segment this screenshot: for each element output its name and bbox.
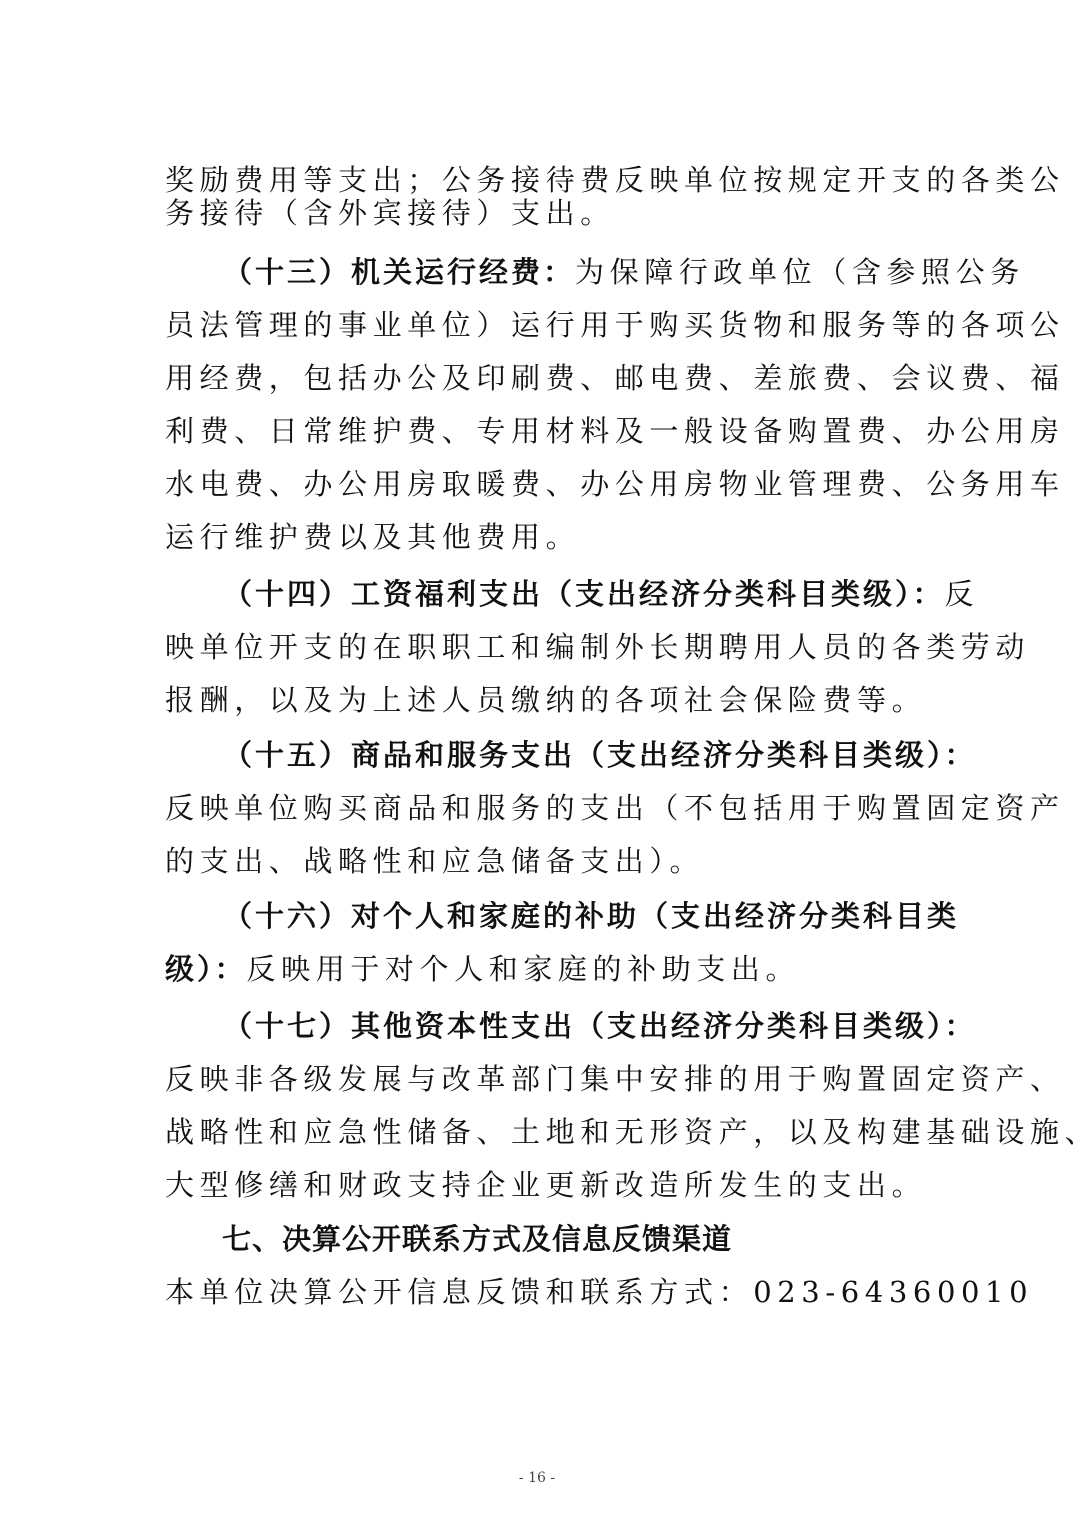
paragraph-line: 用经费，包括办公及印刷费、邮电费、差旅费、会议费、福 [165,358,925,398]
paragraph-line: 务接待（含外宾接待）支出。 [165,193,925,233]
paragraph-line: 映单位开支的在职职工和编制外长期聘用人员的各类劳动 [165,627,925,667]
item-16-title-line: （十六）对个人和家庭的补助（支出经济分类科目类 [223,896,983,936]
page-number: - 16 - [0,1470,1074,1486]
paragraph-line: 利费、日常维护费、专用材料及一般设备购置费、办公用房 [165,411,925,451]
item-17-title-line: （十七）其他资本性支出（支出经济分类科目类级）： [223,1006,983,1046]
item-15-title-line: （十五）商品和服务支出（支出经济分类科目类级）： [223,735,983,775]
paragraph-line: 级）：反映用于对个人和家庭的补助支出。 [165,949,925,989]
paragraph-line: 水电费、办公用房取暖费、办公用房物业管理费、公务用车 [165,464,925,504]
paragraph-line: 战略性和应急性储备、土地和无形资产，以及构建基础设施、 [165,1112,925,1152]
contact-line: 本单位决算公开信息反馈和联系方式：023-64360010 [165,1272,925,1312]
paragraph-line: 大型修缮和财政支持企业更新改造所发生的支出。 [165,1165,925,1205]
document-page: 奖励费用等支出；公务接待费反映单位按规定开支的各类公 务接待（含外宾接待）支出。… [0,0,1074,1520]
paragraph-line: 报酬，以及为上述人员缴纳的各项社会保险费等。 [165,680,925,720]
item-13-title-line: （十三）机关运行经费：为保障行政单位（含参照公务 [223,252,983,292]
paragraph-line: 反映非各级发展与改革部门集中安排的用于购置固定资产、 [165,1059,925,1099]
paragraph-line: 运行维护费以及其他费用。 [165,517,925,557]
section-heading: 七、决算公开联系方式及信息反馈渠道 [222,1219,982,1259]
paragraph-line: 的支出、战略性和应急储备支出）。 [165,841,925,881]
paragraph-line: 员法管理的事业单位）运行用于购买货物和服务等的各项公 [165,305,925,345]
paragraph-line: 反映单位购买商品和服务的支出（不包括用于购置固定资产 [165,788,925,828]
item-14-title-line: （十四）工资福利支出（支出经济分类科目类级）：反 [223,574,983,614]
